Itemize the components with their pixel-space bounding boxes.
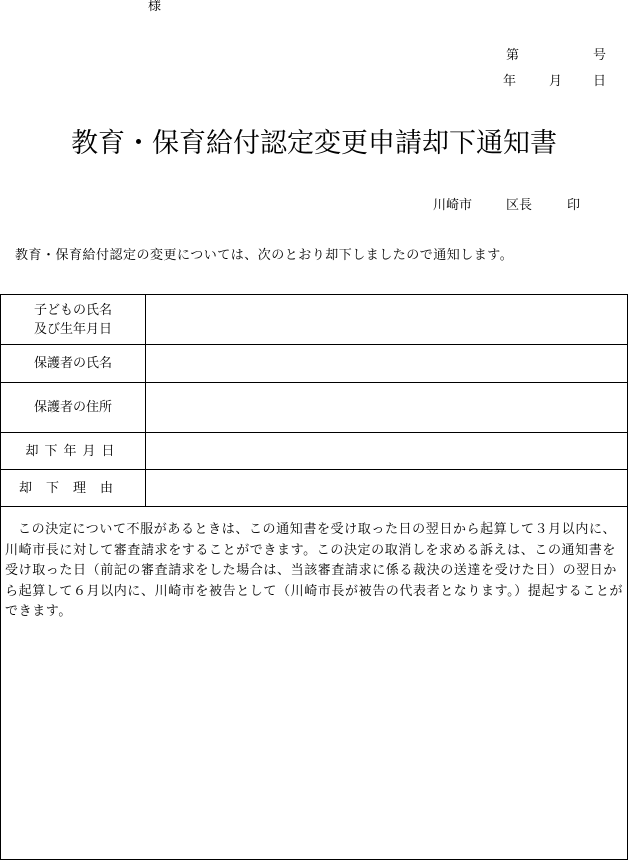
rejection-date-field[interactable]	[146, 433, 627, 469]
label-guardian-address: 保護者の住所	[1, 383, 146, 432]
rejection-details-table: 子どもの氏名 及び生年月日 保護者の氏名 保護者の住所 却下年月日 却下理由	[0, 294, 628, 507]
date-day-label: 日	[593, 74, 606, 90]
document-number-prefix: 第	[506, 48, 519, 64]
intro-text: 教育・保育給付認定の変更については、次のとおり却下しましたので通知します。	[15, 248, 513, 264]
label-line-1: 子どもの氏名	[34, 301, 112, 320]
guardian-address-field[interactable]	[146, 383, 627, 432]
date-year-label: 年	[503, 74, 516, 90]
table-row-guardian-name: 保護者の氏名	[1, 345, 627, 383]
appeal-notice-box: この決定について不服があるときは、この通知書を受け取った日の翌日から起算して３月…	[0, 506, 628, 860]
document-title: 教育・保育給付認定変更申請却下通知書	[0, 126, 628, 162]
addressee-suffix: 様	[148, 0, 161, 14]
appeal-notice-text: この決定について不服があるときは、この通知書を受け取った日の翌日から起算して３月…	[1, 506, 627, 623]
table-row-child: 子どもの氏名 及び生年月日	[1, 295, 627, 345]
table-row-guardian-address: 保護者の住所	[1, 383, 627, 433]
table-row-rejection-date: 却下年月日	[1, 433, 627, 470]
label-rejection-date: 却下年月日	[1, 433, 146, 469]
issuer-seal: 印	[567, 198, 580, 214]
guardian-name-field[interactable]	[146, 345, 627, 382]
issuer-city: 川崎市	[433, 198, 472, 214]
child-name-birthdate-field[interactable]	[146, 295, 627, 344]
label-guardian-name: 保護者の氏名	[1, 345, 146, 382]
document-number-suffix: 号	[593, 48, 606, 64]
issuer-office: 区長	[506, 198, 532, 214]
table-row-rejection-reason: 却下理由	[1, 470, 627, 507]
date-month-label: 月	[549, 74, 562, 90]
rejection-reason-field[interactable]	[146, 470, 627, 506]
label-rejection-reason: 却下理由	[1, 470, 146, 506]
label-child-name-birthdate: 子どもの氏名 及び生年月日	[1, 295, 146, 344]
label-line-2: 及び生年月日	[34, 320, 112, 339]
